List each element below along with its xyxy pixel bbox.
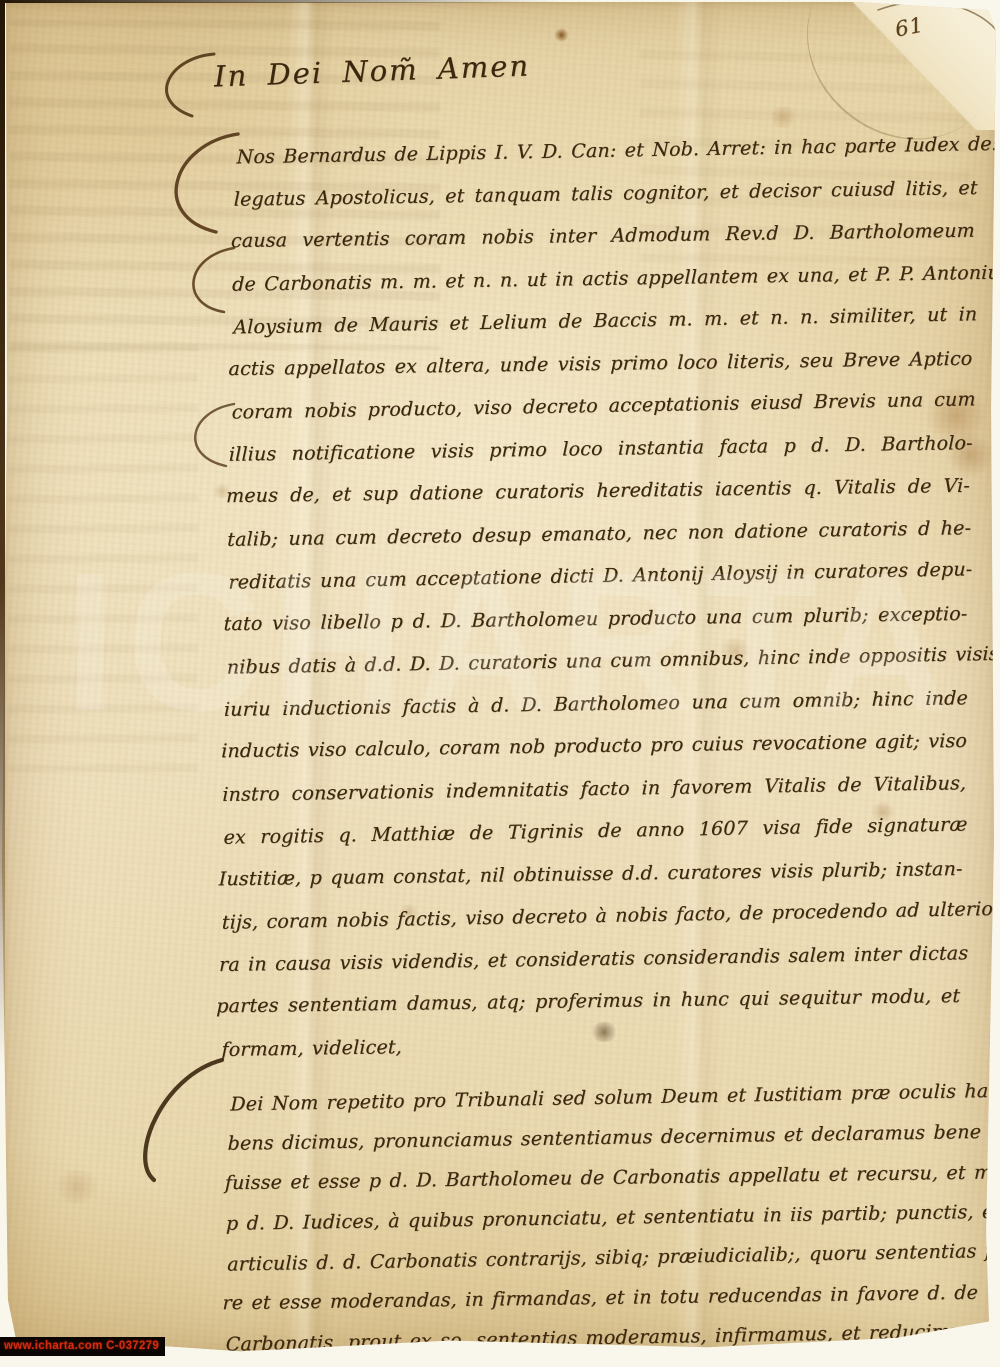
manuscript-page: 61 In Dei Nom̃ Amen Nos Bernardus de Lip… bbox=[2, 2, 996, 1354]
icharta-url-watermark: www.icharta.com C-037279 bbox=[0, 1337, 165, 1356]
ink-spot bbox=[554, 28, 569, 42]
paper-stain bbox=[54, 1170, 100, 1204]
paragraph-paraph-flourish bbox=[193, 248, 234, 312]
paragraph-2: Dei Nom repetito pro Tribunali sed solum… bbox=[223, 1072, 972, 1354]
paragraph-1: Nos Bernardus de Lippis I. V. D. Can: et… bbox=[217, 124, 979, 1071]
second-paragraph-initial-flourish bbox=[145, 1060, 222, 1180]
document-heading: In Dei Nom̃ Amen bbox=[213, 48, 530, 94]
heading-paraph-flourish bbox=[167, 54, 214, 116]
ink-bleed-through bbox=[8, 342, 198, 772]
paragraph-paraph-flourish bbox=[176, 134, 238, 232]
paper-stain bbox=[768, 106, 798, 128]
scanned-document: 61 In Dei Nom̃ Amen Nos Bernardus de Lip… bbox=[0, 0, 1000, 1367]
